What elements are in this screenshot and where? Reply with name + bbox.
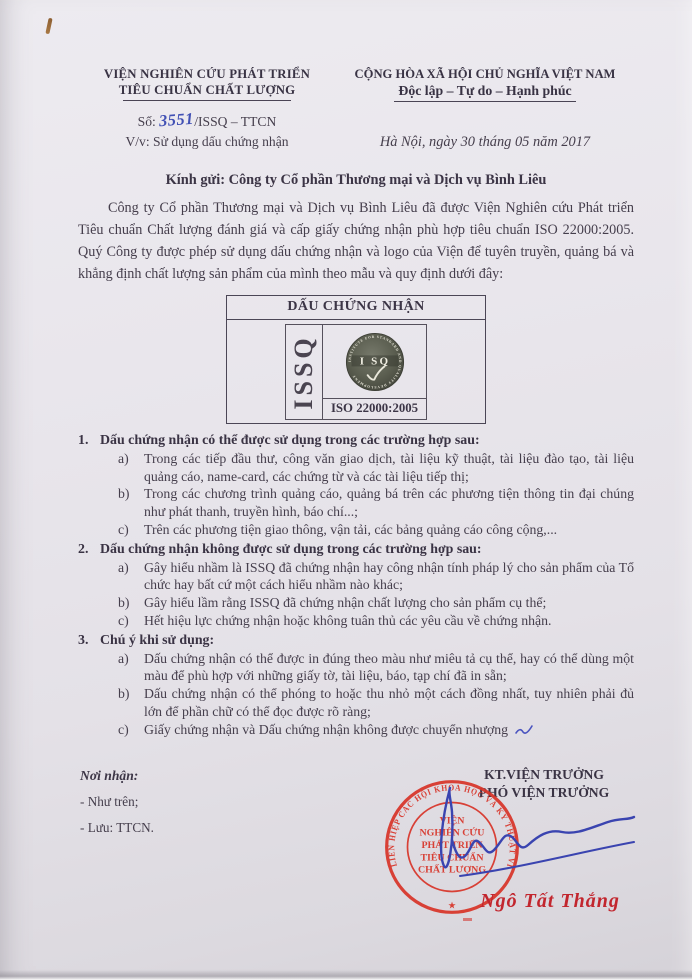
- ref-suffix: /ISSQ – TTCN: [194, 114, 276, 129]
- section-1-number: 1.: [78, 432, 100, 450]
- list-item: a) Trong các tiếp đầu thư, công văn giao…: [78, 450, 634, 486]
- letter-header: VIỆN NGHIÊN CỨU PHÁT TRIỂN TIÊU CHUẨN CH…: [78, 66, 634, 102]
- national-motto: Độc lập – Tự do – Hạnh phúc: [394, 82, 575, 102]
- list-item: b) Trong các chương trình quảng cáo, quả…: [78, 485, 634, 521]
- signer-name: Ngô Tất Thắng: [446, 890, 654, 913]
- list-item: b) Gây hiểu lầm rằng ISSQ đã chứng nhận …: [78, 594, 634, 612]
- section-1-heading: Dấu chứng nhận có thể được sử dụng trong…: [100, 432, 480, 450]
- org-name-line2: TIÊU CHUẨN CHẤT LƯỢNG: [78, 82, 336, 98]
- section-3: 3. Chú ý khi sử dụng: a) Dấu chứng nhận …: [78, 632, 634, 739]
- salutation: Kính gửi: Công ty Cổ phần Thương mại và …: [78, 172, 634, 189]
- reference-row: Số: 3551/ISSQ – TTCN V/v: Sử dụng dấu ch…: [78, 111, 634, 152]
- recipient-item: - Như trên;: [80, 794, 154, 810]
- iso-standard-line: ISO 22000:2005: [323, 398, 426, 419]
- issq-seal-icon: INSTITUTE FOR STANDARD AND QUALITY DEVEL…: [342, 329, 408, 395]
- section-2-number: 2.: [78, 541, 100, 559]
- recipients-block: Nơi nhận: - Như trên; - Lưu: TTCN.: [80, 768, 154, 836]
- national-header-block: CỘNG HÒA XÃ HỘI CHỦ NGHĨA VIỆT NAM Độc l…: [336, 66, 634, 102]
- rules-sections: 1. Dấu chứng nhận có thể được sử dụng tr…: [78, 432, 634, 739]
- dateline: Hà Nội, ngày 30 tháng 05 năm 2017: [336, 132, 634, 152]
- seal-center-text: I SQ: [359, 355, 390, 367]
- section-2-heading: Dấu chứng nhận không được sử dụng trong …: [100, 541, 482, 559]
- letter-content: VIỆN NGHIÊN CỨU PHÁT TRIỂN TIÊU CHUẨN CH…: [0, 66, 692, 739]
- list-item: a) Gây hiểu nhầm là ISSQ đã chứng nhận h…: [78, 559, 634, 595]
- reference-block: Số: 3551/ISSQ – TTCN V/v: Sử dụng dấu ch…: [78, 111, 336, 152]
- mark-box-title: DẤU CHỨNG NHẬN: [227, 296, 485, 320]
- ref-number-handwritten: 3551: [158, 109, 194, 131]
- section-1: 1. Dấu chứng nhận có thể được sử dụng tr…: [78, 432, 634, 539]
- logo-right-column: INSTITUTE FOR STANDARD AND QUALITY DEVEL…: [323, 325, 426, 419]
- list-item: c) Trên các phương tiện giao thông, vận …: [78, 521, 634, 539]
- section-3-heading: Chú ý khi sử dụng:: [100, 632, 214, 650]
- issq-logo: ISSQ: [285, 324, 427, 420]
- ink-flourish-icon: [514, 724, 534, 736]
- list-item: c) Giấy chứng nhận và Dấu chứng nhận khô…: [78, 721, 634, 739]
- opening-paragraph: Công ty Cổ phần Thương mại và Dịch vụ Bì…: [78, 197, 634, 285]
- signature-ink-icon: [428, 782, 640, 892]
- list-item: a) Dấu chứng nhận có thể được in đúng th…: [78, 650, 634, 686]
- recipient-item: - Lưu: TTCN.: [80, 820, 154, 836]
- section-3-number: 3.: [78, 632, 100, 650]
- subject-line: V/v: Sử dụng dấu chứng nhận: [78, 132, 336, 152]
- seal-area: INSTITUTE FOR STANDARD AND QUALITY DEVEL…: [323, 325, 426, 398]
- issuing-org-block: VIỆN NGHIÊN CỨU PHÁT TRIỂN TIÊU CHUẨN CH…: [78, 66, 336, 102]
- reference-number-line: Số: 3551/ISSQ – TTCN: [78, 111, 336, 132]
- section-2: 2. Dấu chứng nhận không được sử dụng tro…: [78, 541, 634, 630]
- recipients-label: Nơi nhận:: [80, 768, 154, 784]
- national-title: CỘNG HÒA XÃ HỘI CHỦ NGHĨA VIỆT NAM: [336, 66, 634, 82]
- scanned-official-letter: VIỆN NGHIÊN CỨU PHÁT TRIỂN TIÊU CHUẨN CH…: [0, 0, 692, 980]
- org-underline: [123, 100, 291, 101]
- ref-label: Số:: [138, 114, 156, 129]
- org-name-line1: VIỆN NGHIÊN CỨU PHÁT TRIỂN: [78, 66, 336, 82]
- list-item: b) Dấu chứng nhận có thể phóng to hoặc t…: [78, 685, 634, 721]
- list-item: c) Hết hiệu lực chứng nhận hoặc không tu…: [78, 612, 634, 630]
- certification-mark-box: DẤU CHỨNG NHẬN ISSQ: [226, 295, 486, 424]
- issq-vertical-text: ISSQ: [289, 334, 319, 409]
- issq-vertical-text-cell: ISSQ: [286, 325, 323, 419]
- dateline-block: Hà Nội, ngày 30 tháng 05 năm 2017: [336, 111, 634, 152]
- pen-mark-icon: [45, 18, 52, 34]
